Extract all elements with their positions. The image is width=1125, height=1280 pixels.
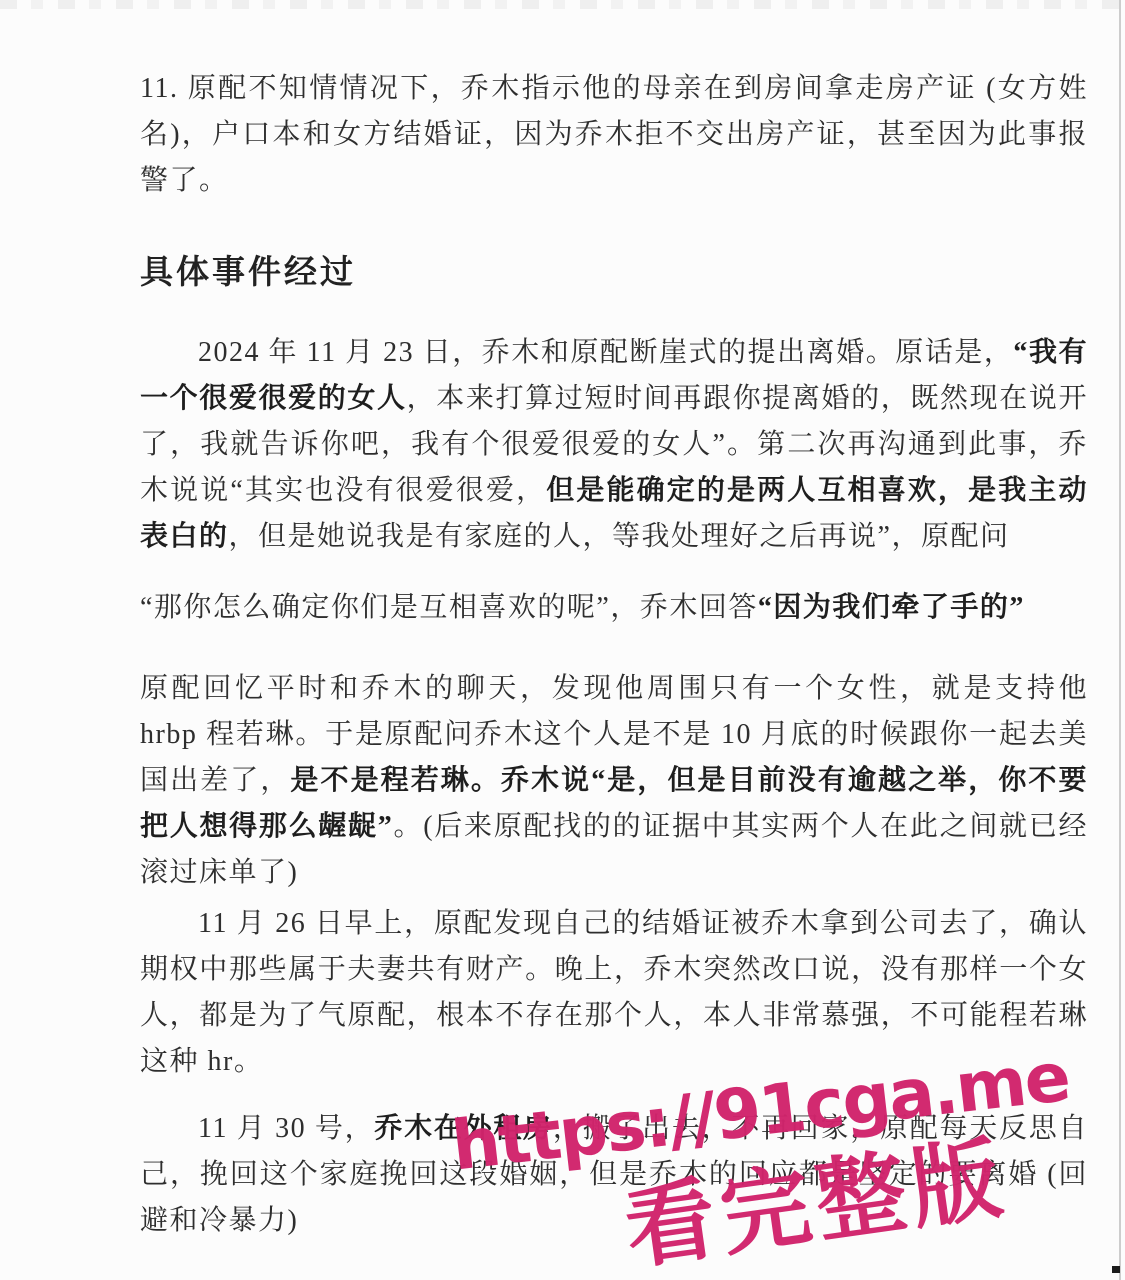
- text-segment: 11 月 26 日早上，原配发现自己的结婚证被乔木拿到公司去了，确认期权中那些属…: [140, 908, 1088, 1077]
- page-right-edge: [1119, 0, 1121, 1280]
- text-segment: ，但是她说我是有家庭的人，等我处理好之后再说”，原配问: [229, 521, 1010, 552]
- para-nov-30: 11 月 30 号，乔木在外租房，搬了出去，不再回家，原配每天反思自己，挽回这个…: [140, 1106, 1088, 1244]
- para-mutual-like-question: “那你怎么确定你们是互相喜欢的呢”，乔木回答“因为我们牵了手的”: [140, 585, 1088, 631]
- text-segment: 11. 原配不知情情况下，乔木指示他的母亲在到房间拿走房产证 (女方姓名)，户口…: [140, 73, 1088, 196]
- para-nov-26: 11 月 26 日早上，原配发现自己的结婚证被乔木拿到公司去了，确认期权中那些属…: [140, 901, 1088, 1085]
- text-segment: 乔木在外租房: [374, 1113, 552, 1144]
- text-segment: “因为我们牵了手的”: [758, 592, 1025, 623]
- para-divorce-announcement: 2024 年 11 月 23 日，乔木和原配断崖式的提出离婚。原话是，“我有一个…: [140, 330, 1088, 560]
- section-heading: 具体事件经过: [140, 246, 1088, 293]
- text-segment: 2024 年 11 月 23 日，乔木和原配断崖式的提出离婚。原话是，: [198, 337, 1013, 368]
- item-11-paragraph: 11. 原配不知情情况下，乔木指示他的母亲在到房间拿走房产证 (女方姓名)，户口…: [140, 66, 1088, 204]
- corner-artifact: [1112, 1266, 1120, 1273]
- document-page: 11. 原配不知情情况下，乔木指示他的母亲在到房间拿走房产证 (女方姓名)，户口…: [0, 0, 1125, 1280]
- page-top-cutoff-text: [0, 0, 1125, 9]
- text-segment: 11 月 30 号，: [198, 1113, 374, 1144]
- text-segment: “那你怎么确定你们是互相喜欢的呢”，乔木回答: [140, 592, 758, 623]
- para-recall-hrbp: 原配回忆平时和乔木的聊天，发现他周围只有一个女性，就是支持他 hrbp 程若琳。…: [140, 666, 1088, 896]
